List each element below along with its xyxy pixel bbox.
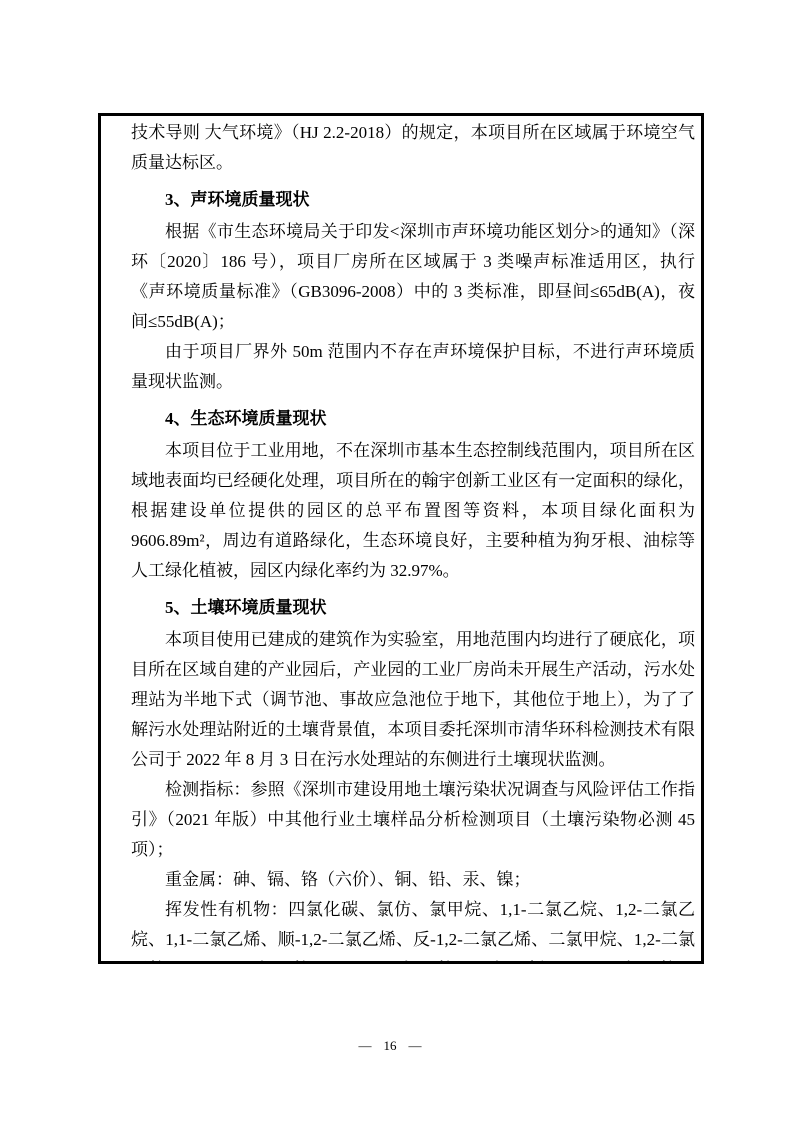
heading-ecology-environment-quality: 4、生态环境质量现状 (131, 404, 695, 434)
paragraph-detection-indicators: 检测指标：参照《深圳市建设用地土壤污染状况调查与风险评估工作指引》（2021 年… (131, 775, 695, 865)
paragraph-noise-monitoring: 由于项目厂界外 50m 范围内不存在声环境保护目标，不进行声环境质量现状监测。 (131, 337, 695, 397)
paragraph-soil-monitoring: 本项目使用已建成的建筑作为实验室，用地范围内均进行了硬底化，项目所在区域自建的产… (131, 625, 695, 775)
paragraph-heavy-metals: 重金属：砷、镉、铬（六价）、铜、铅、汞、镍； (131, 865, 695, 895)
paragraph-air-quality-conclusion: 技术导则 大气环境》（HJ 2.2-2018）的规定，本项目所在区域属于环境空气… (131, 118, 695, 178)
page-number: 16 (384, 1038, 397, 1054)
page-number-dash-right: — (409, 1038, 422, 1053)
heading-soil-environment-quality: 5、土壤环境质量现状 (131, 593, 695, 623)
paragraph-volatile-organics: 挥发性有机物：四氯化碳、氯仿、氯甲烷、1,1-二氯乙烷、1,2-二氯乙烷、1,1… (131, 895, 695, 964)
page-number-dash-left: — (359, 1038, 372, 1053)
document-border-frame: 技术导则 大气环境》（HJ 2.2-2018）的规定，本项目所在区域属于环境空气… (98, 113, 704, 964)
page-number-footer: —16— (0, 1038, 780, 1054)
heading-noise-environment-quality: 3、声环境质量现状 (131, 185, 695, 215)
paragraph-noise-standard: 根据《市生态环境局关于印发<深圳市声环境功能区划分>的通知》（深环〔2020〕1… (131, 217, 695, 337)
document-page: { "document": { "border_color": "#000000… (0, 0, 800, 1131)
paragraph-ecology-status: 本项目位于工业用地，不在深圳市基本生态控制线范围内，项目所在区域地表面均已经硬化… (131, 436, 695, 586)
